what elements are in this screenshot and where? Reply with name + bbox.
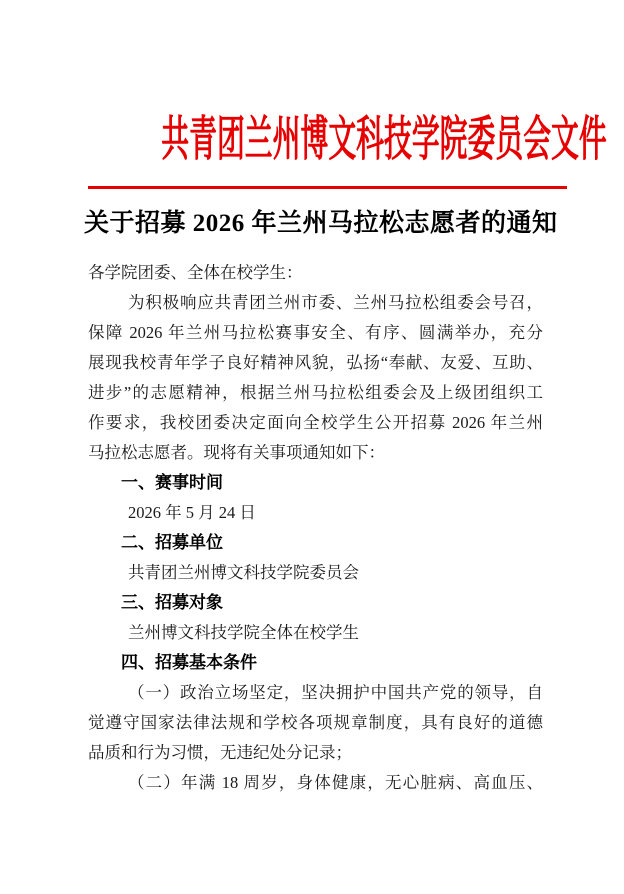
document-line: 共青团兰州博文科技学院委员会 [88,558,543,588]
section-heading: 一、赛事时间 [88,468,543,498]
document-title: 关于招募 2026 年兰州马拉松志愿者的通知 [84,206,544,242]
document-line: 觉遵守国家法律法规和学校各项规章制度，具有良好的道德 [88,708,543,738]
section-heading: 四、招募基本条件 [88,648,543,678]
section-heading: 三、招募对象 [88,588,543,618]
document-line: 2026 年 5 月 24 日 [88,498,543,528]
document-red-header: 共青团兰州博文科技学院委员会文件 [0,110,624,170]
document-line: 展现我校青年学子良好精神风貌，弘扬“奉献、友爱、互助、 [88,348,543,378]
issuing-authority-title: 共青团兰州博文科技学院委员会文件 [161,110,606,170]
document-line: （二）年满 18 周岁，身体健康，无心脏病、高血压、 [88,768,543,798]
section-heading: 二、招募单位 [88,528,543,558]
document-line: 马拉松志愿者。现将有关事项通知如下： [88,438,543,468]
document-page: 共青团兰州博文科技学院委员会文件 关于招募 2026 年兰州马拉松志愿者的通知 … [0,0,624,894]
document-line: 兰州博文科技学院全体在校学生 [88,618,543,648]
document-line: 品质和行为习惯，无违纪处分记录； [88,738,543,768]
document-line: 作要求，我校团委决定面向全校学生公开招募 2026 年兰州 [88,408,543,438]
document-line: 保障 2026 年兰州马拉松赛事安全、有序、圆满举办，充分 [88,318,543,348]
document-line: 各学院团委、全体在校学生： [88,258,543,288]
document-line: 进步”的志愿精神，根据兰州马拉松组委会及上级团组织工 [88,378,543,408]
document-line: （一）政治立场坚定，坚决拥护中国共产党的领导，自 [88,678,543,708]
document-body: 各学院团委、全体在校学生：为积极响应共青团兰州市委、兰州马拉松组委会号召，保障 … [88,258,543,798]
document-line: 为积极响应共青团兰州市委、兰州马拉松组委会号召， [88,288,543,318]
red-separator-line [88,186,567,189]
